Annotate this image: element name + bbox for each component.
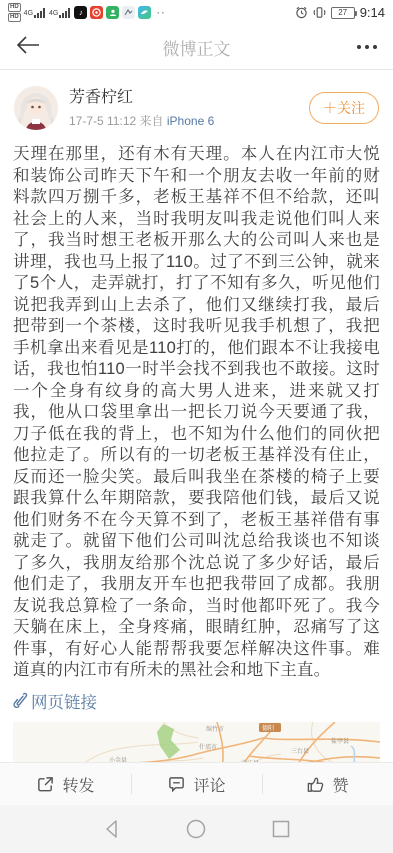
weibo-notification-icon <box>90 6 103 19</box>
more-options-button[interactable] <box>337 45 377 49</box>
alarm-icon <box>295 6 308 19</box>
page-title: 微博正文 <box>56 35 337 60</box>
tiktok-notification-icon: ♪ <box>74 6 87 19</box>
post-action-bar: 转发 评论 赞 <box>0 762 393 805</box>
android-home-icon <box>185 818 207 840</box>
source-app[interactable]: iPhone 6 <box>167 114 214 128</box>
hd-icon: HD <box>8 13 21 22</box>
comment-label: 评论 <box>193 773 225 796</box>
repost-label: 转发 <box>62 773 94 796</box>
battery-icon: 27 <box>331 7 355 19</box>
status-bar: HD HD 4G 4G ♪ ·· <box>0 0 393 25</box>
repost-button[interactable]: 转发 <box>0 763 131 805</box>
source-prefix: 来自 <box>140 114 164 128</box>
post-body-text: 天理在那里，还有木有天理。本人在内江市大悦和装饰公司昨天下午和一个朋友去收一年前… <box>13 144 380 682</box>
comment-icon <box>167 775 186 794</box>
svg-text:三台县: 三台县 <box>291 747 309 755</box>
hd-badges: HD HD <box>8 3 21 22</box>
weibo-post-screen: HD HD 4G 4G ♪ ·· <box>0 0 393 853</box>
username[interactable]: 芳香柠红 <box>69 88 309 108</box>
android-nav-bar <box>0 805 393 853</box>
like-button[interactable]: 赞 <box>262 763 393 805</box>
more-notifications-icon: ·· <box>156 7 165 19</box>
app-notification-icon <box>122 6 135 19</box>
app-notification-icon <box>106 6 119 19</box>
hd-icon: HD <box>8 3 21 12</box>
back-arrow-icon <box>16 36 40 54</box>
avatar[interactable] <box>14 86 58 130</box>
comment-button[interactable]: 评论 <box>131 763 262 805</box>
android-home-button[interactable] <box>185 818 207 840</box>
svg-text:什邡市: 什邡市 <box>199 743 217 751</box>
link-icon <box>13 692 28 709</box>
back-button[interactable] <box>16 36 56 59</box>
profile-meta: 芳香柠红 17-7-5 11:12 来自 iPhone 6 <box>69 88 309 129</box>
app-notification-icon <box>138 6 151 19</box>
status-bar-right: 27 9:14 <box>295 5 385 20</box>
web-link-label: 网页链接 <box>31 689 97 713</box>
android-back-button[interactable] <box>101 818 123 840</box>
web-link[interactable]: 网页链接 <box>13 689 380 713</box>
follow-button[interactable]: ＋关注 <box>309 92 379 124</box>
android-recents-icon <box>270 818 292 840</box>
post-meta-line: 17-7-5 11:12 来自 iPhone 6 <box>69 112 309 129</box>
nav-bar: 微博正文 <box>0 25 393 70</box>
status-bar-left: HD HD 4G 4G ♪ ·· <box>8 3 295 22</box>
like-icon <box>306 775 325 794</box>
battery-percent: 27 <box>338 8 347 17</box>
like-label: 赞 <box>332 773 348 796</box>
signal-icon: 4G <box>49 7 71 18</box>
post-header: 芳香柠红 17-7-5 11:12 来自 iPhone 6 ＋关注 <box>0 70 393 140</box>
android-back-icon <box>101 818 123 840</box>
vibrate-icon <box>313 6 326 19</box>
android-recents-button[interactable] <box>270 818 292 840</box>
svg-text:绵竹市: 绵竹市 <box>206 725 224 733</box>
svg-text:德阳: 德阳 <box>262 724 274 732</box>
repost-icon <box>36 775 55 794</box>
clock-time: 9:14 <box>360 5 385 20</box>
svg-text:盐亭县: 盐亭县 <box>331 737 349 745</box>
post-timestamp: 17-7-5 11:12 <box>69 114 136 128</box>
signal-icon: 4G <box>24 7 46 18</box>
